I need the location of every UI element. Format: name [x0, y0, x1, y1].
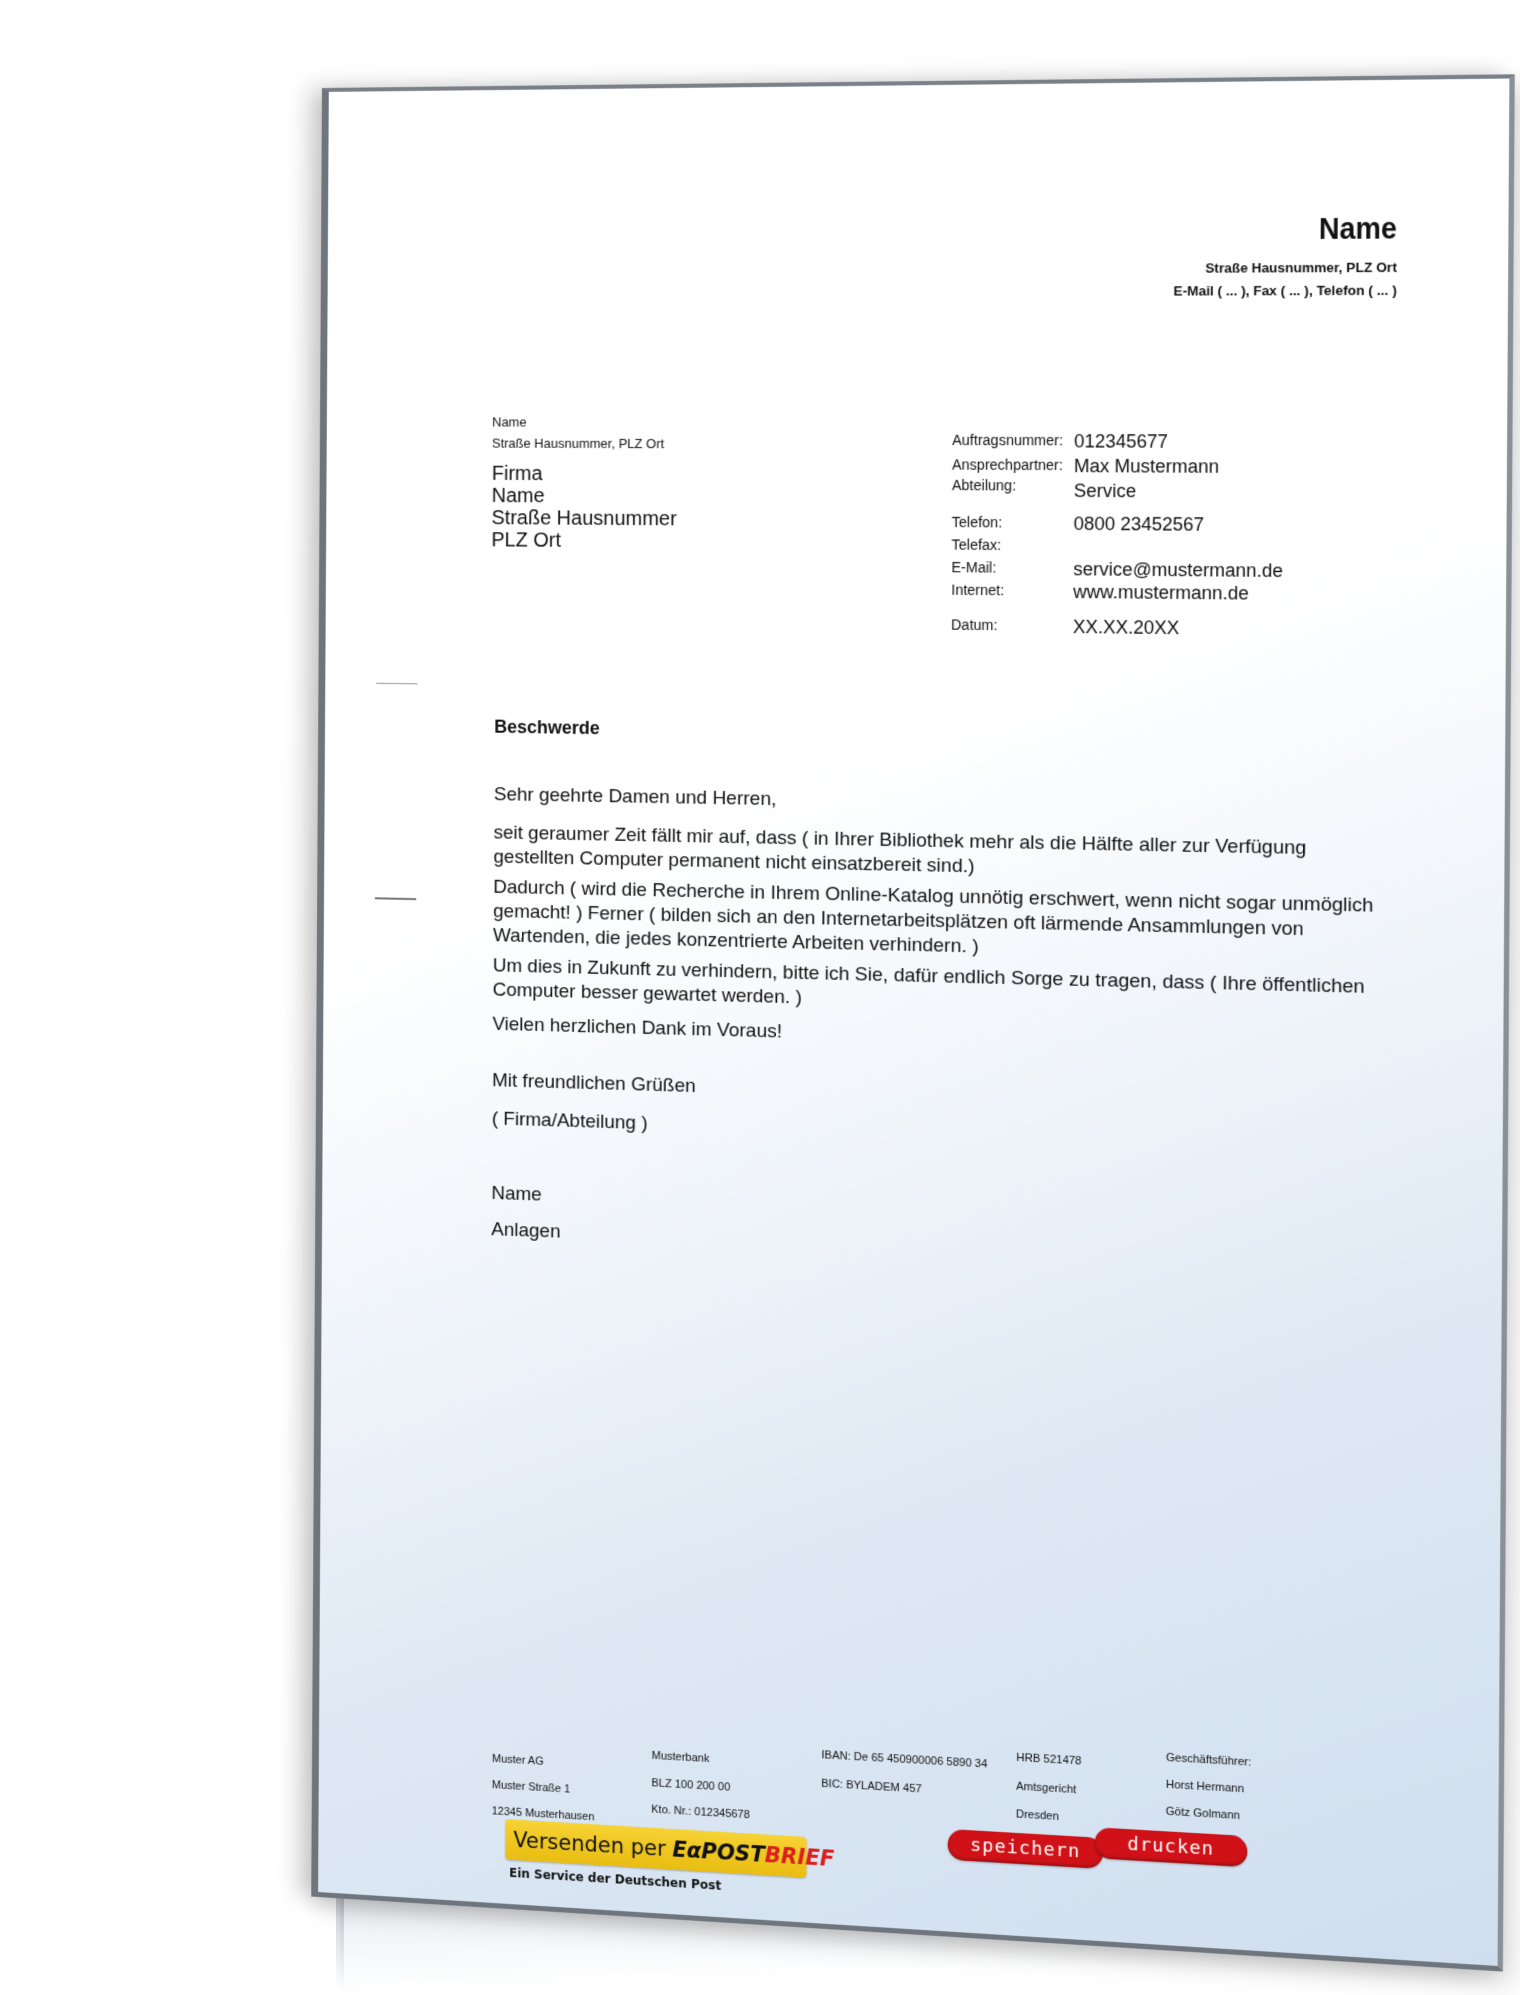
info-label: Datum:	[951, 616, 998, 633]
footer-line: Horst Hermann	[1166, 1778, 1244, 1797]
info-label: Abteilung:	[952, 477, 1016, 494]
info-label: Auftragsnummer:	[952, 432, 1063, 449]
save-button[interactable]: speichern	[948, 1829, 1103, 1869]
closing: Mit freundlichen Grüßen	[492, 1069, 696, 1099]
letterhead-name: Name	[1319, 211, 1397, 247]
letterhead-contact: E-Mail ( ... ), Fax ( ... ), Telefon ( .…	[1174, 282, 1397, 298]
print-button[interactable]: drucken	[1094, 1827, 1247, 1867]
epost-brand: EαPOST	[672, 1837, 764, 1867]
info-label: E-Mail:	[951, 559, 996, 576]
signature-name: Name	[491, 1182, 541, 1208]
fold-mark	[375, 897, 416, 900]
info-label: Telefon:	[952, 514, 1003, 531]
closing-company: ( Firma/Abteilung )	[492, 1107, 648, 1136]
salutation: Sehr geehrte Damen und Herren,	[494, 783, 777, 812]
footer-line: Götz Golmann	[1166, 1804, 1240, 1823]
footer-line: Musterbank	[652, 1749, 710, 1766]
thanks-line: Vielen herzlichen Dank im Voraus!	[492, 1013, 782, 1045]
letterhead-address: Straße Hausnummer, PLZ Ort	[1205, 259, 1397, 275]
fold-mark	[376, 683, 417, 685]
footer-line: Amtsgericht	[1016, 1779, 1076, 1797]
footer-line: IBAN: De 65 450900006 5890 34	[821, 1748, 987, 1772]
footer-line: Muster AG	[492, 1752, 544, 1769]
info-value: www.mustermann.de	[1073, 581, 1249, 604]
footer-line: Dresden	[1016, 1807, 1059, 1824]
footer-line: Muster Straße 1	[492, 1778, 570, 1797]
recipient-city: PLZ Ort	[491, 529, 676, 553]
paragraph: seit geraumer Zeit fällt mir auf, dass (…	[493, 821, 1306, 886]
recipient-street: Straße Hausnummer	[491, 507, 676, 530]
recipient-company: Firma	[492, 463, 677, 486]
footer-line: BLZ 100 200 00	[651, 1776, 730, 1795]
footer-line: Geschäftsführer:	[1166, 1751, 1251, 1770]
paragraph: Dadurch ( wird die Recherche in Ihrem On…	[493, 876, 1373, 969]
info-label: Telefax:	[951, 536, 1001, 553]
info-value: service@mustermann.de	[1073, 559, 1283, 582]
info-value: Max Mustermann	[1074, 456, 1219, 478]
footer: Muster AG Muster Straße 1 12345 Musterha…	[329, 79, 1510, 92]
info-value: XX.XX.20XX	[1073, 617, 1180, 640]
info-value: 012345677	[1074, 431, 1168, 453]
recipient-address: Firma Name Straße Hausnummer PLZ Ort	[491, 463, 677, 553]
sender-address: Straße Hausnummer, PLZ Ort	[492, 436, 664, 452]
epost-prefix: Versenden per	[513, 1828, 672, 1862]
info-value: 0800 23452567	[1074, 513, 1205, 536]
info-label: Ansprechpartner:	[952, 456, 1063, 473]
info-label: Internet:	[951, 581, 1004, 598]
footer-line: BIC: BYLADEM 457	[821, 1777, 922, 1797]
epost-brief: BRIEF	[765, 1843, 835, 1872]
document-preview: Name Straße Hausnummer, PLZ Ort E-Mail (…	[0, 0, 1520, 1995]
recipient-name: Name	[492, 485, 677, 508]
letter-subject: Beschwerde	[494, 717, 600, 740]
letter-page: Name Straße Hausnummer, PLZ Ort E-Mail (…	[311, 74, 1515, 1971]
footer-line: HRB 521478	[1016, 1751, 1081, 1769]
attachments-label: Anlagen	[491, 1218, 560, 1245]
sender-name: Name	[492, 414, 526, 429]
info-value: Service	[1074, 480, 1137, 502]
footer-line: Kto. Nr.: 012345678	[651, 1802, 750, 1822]
